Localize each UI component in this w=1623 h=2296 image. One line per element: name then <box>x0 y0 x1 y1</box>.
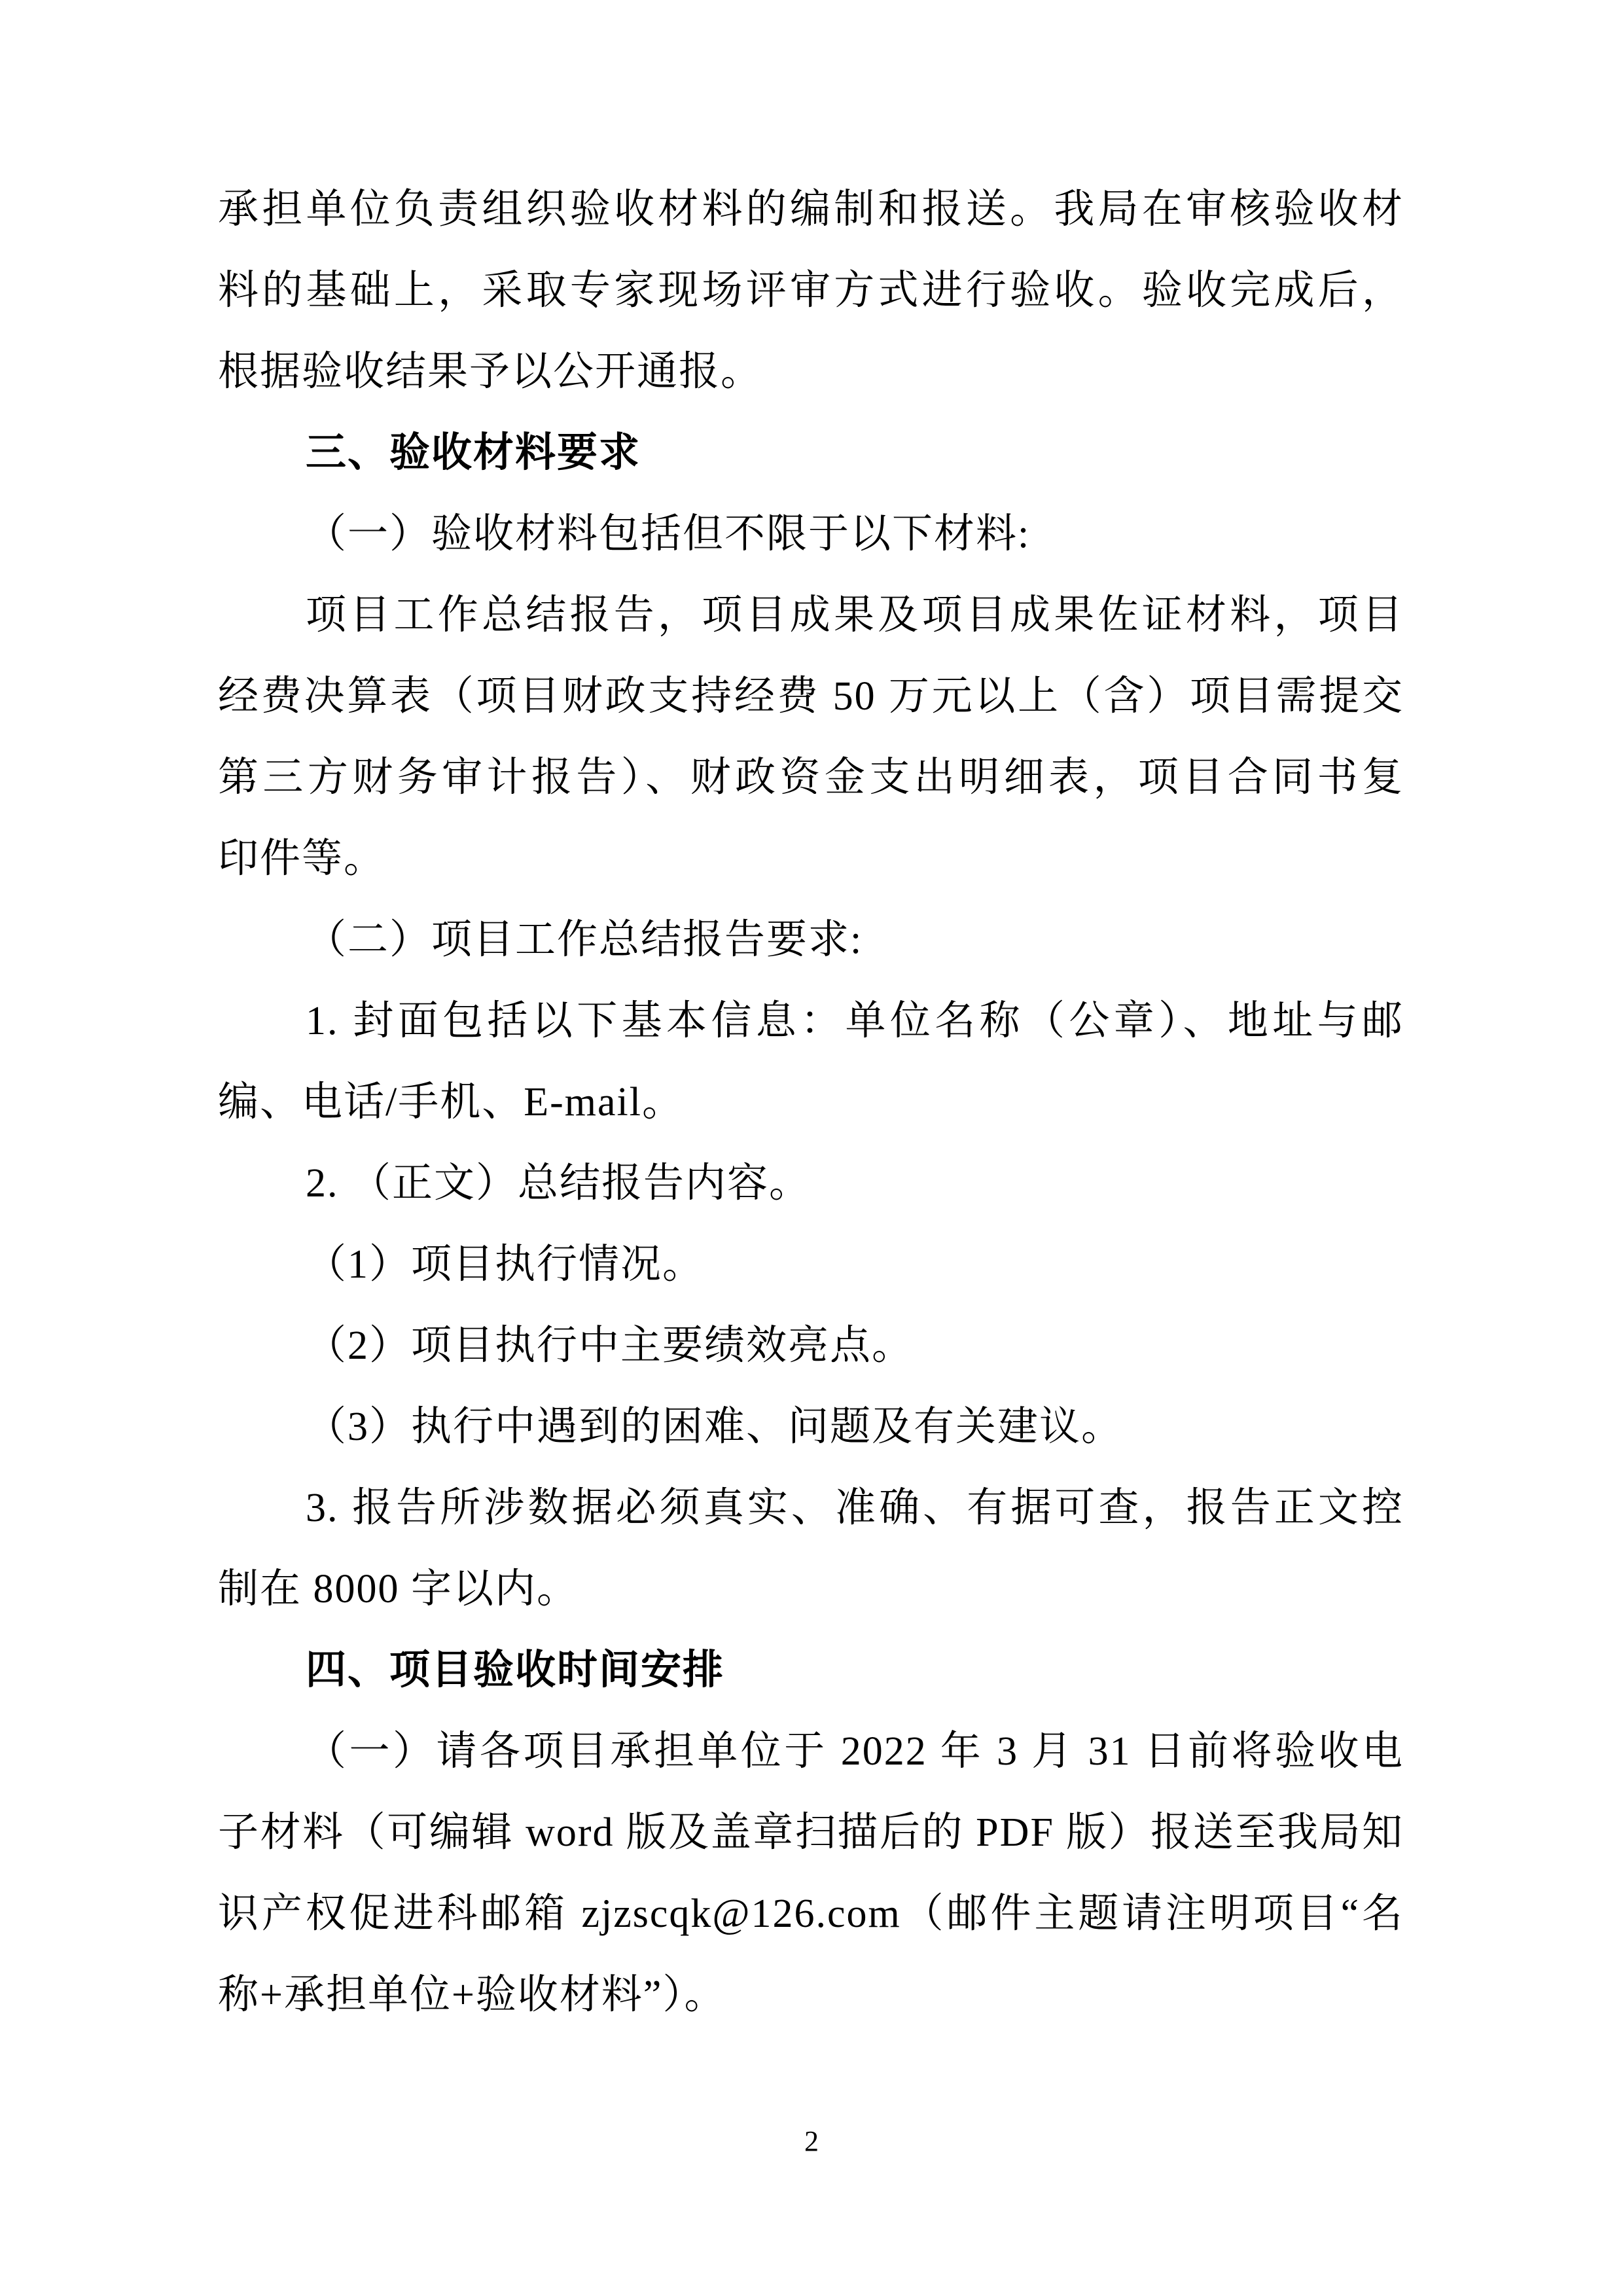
body-line: 根据验收结果予以公开通报。 <box>218 331 1404 412</box>
body-line: 料的基础上，采取专家现场评审方式进行验收。验收完成后， <box>218 250 1404 331</box>
body-line: 识产权促进科邮箱 zjzscqk@126.com（邮件主题请注明项目“名 <box>218 1873 1404 1954</box>
page-number: 2 <box>0 2122 1623 2161</box>
body-line: 编、电话/手机、E-mail。 <box>218 1062 1404 1143</box>
body-line: 印件等。 <box>218 818 1404 899</box>
section-heading: 四、项目验收时间安排 <box>218 1630 1404 1711</box>
body-line: （2）项目执行中主要绩效亮点。 <box>218 1305 1404 1386</box>
body-line: 第三方财务审计报告）、财政资金支出明细表，项目合同书复 <box>218 737 1404 818</box>
body-line: （二）项目工作总结报告要求: <box>218 899 1404 980</box>
body-line: 称+承担单位+验收材料”）。 <box>218 1954 1404 2036</box>
body-line: 项目工作总结报告，项目成果及项目成果佐证材料，项目 <box>218 575 1404 656</box>
body-line: （3）执行中遇到的困难、问题及有关建议。 <box>218 1386 1404 1467</box>
body-line: 经费决算表（项目财政支持经费 50 万元以上（含）项目需提交 <box>218 656 1404 737</box>
body-line: 2. （正文）总结报告内容。 <box>218 1143 1404 1224</box>
body-line: 制在 8000 字以内。 <box>218 1549 1404 1630</box>
body-line: （一）请各项目承担单位于 2022 年 3 月 31 日前将验收电 <box>218 1711 1404 1792</box>
body-line: 3. 报告所涉数据必须真实、准确、有据可查，报告正文控 <box>218 1467 1404 1549</box>
document-body: 承担单位负责组织验收材料的编制和报送。我局在审核验收材 料的基础上，采取专家现场… <box>218 169 1404 2036</box>
document-page: 承担单位负责组织验收材料的编制和报送。我局在审核验收材 料的基础上，采取专家现场… <box>0 0 1623 2296</box>
body-line: 子材料（可编辑 word 版及盖章扫描后的 PDF 版）报送至我局知 <box>218 1792 1404 1873</box>
body-line: （一）验收材料包括但不限于以下材料: <box>218 493 1404 575</box>
body-line: 承担单位负责组织验收材料的编制和报送。我局在审核验收材 <box>218 169 1404 250</box>
section-heading: 三、验收材料要求 <box>218 412 1404 493</box>
body-line: （1）项目执行情况。 <box>218 1224 1404 1305</box>
body-line: 1. 封面包括以下基本信息：单位名称（公章）、地址与邮 <box>218 980 1404 1062</box>
